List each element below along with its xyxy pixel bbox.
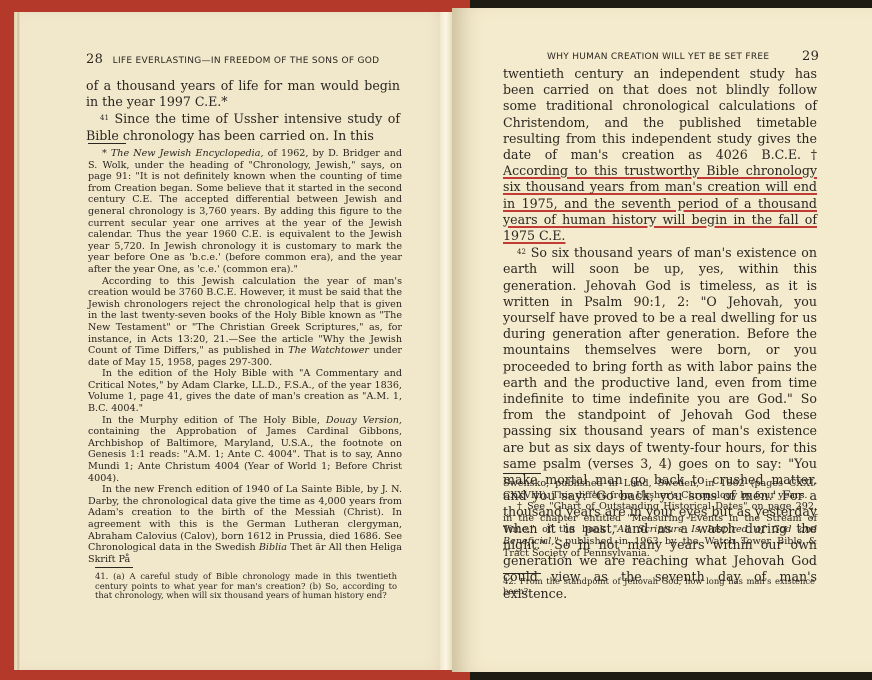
footnote-italic: Biblia	[259, 542, 287, 553]
right-page-number: 29	[802, 49, 819, 64]
right-running-head: WHY HUMAN CREATION WILL YET BE SET FREE …	[547, 52, 817, 62]
paragraph-number: 42	[517, 248, 526, 256]
right-running-head-title: WHY HUMAN CREATION WILL YET BE SET FREE	[547, 52, 769, 62]
footnote-divider	[88, 143, 126, 144]
left-body-text: of a thousand years of life for man woul…	[86, 78, 400, 144]
footnote-paragraph: In the Murphy edition of The Holy Bible,…	[88, 415, 402, 485]
paragraph-number: 41	[100, 114, 109, 122]
footnote-paragraph: According to this Jewish calculation the…	[88, 276, 402, 369]
footnote-marker: *	[102, 148, 107, 159]
right-footnotes: Swensko, published in Lund, Sweden, in 1…	[503, 478, 817, 559]
footnote-paragraph: In the new French edition of 1940 of La …	[88, 484, 402, 565]
footnote-paragraph: In the edition of the Holy Bible with "A…	[88, 368, 402, 414]
right-body-paragraph: twentieth century an independent study h…	[503, 66, 817, 244]
red-underlined-passage: According to this trustworthy Bible chro…	[503, 163, 817, 243]
footnote-dagger: † See "Chart of Outstanding Historical D…	[503, 501, 817, 559]
footnote-italic: Douay Version,	[326, 415, 402, 426]
footnote-divider	[503, 473, 541, 474]
footnote-continued: Swensko, published in Lund, Sweden, in 1…	[503, 478, 817, 501]
left-body-line: of a thousand years of life for man woul…	[86, 78, 400, 110]
study-question-42: 42. From the standpoint of Jehovah God, …	[503, 577, 815, 596]
footnote-text: containing the Approbation of James Card…	[88, 426, 402, 483]
right-body-text-span: twentieth century an independent study h…	[503, 66, 817, 162]
footnote-text: In the Murphy edition of The Holy Bible,	[102, 415, 320, 426]
question-divider	[503, 573, 541, 574]
footnote-source-title: The New Jewish Encyclopedia,	[111, 148, 264, 159]
footnote-star: * The New Jewish Encyclopedia, of 1962, …	[88, 148, 402, 276]
footnote-italic: The Watchtower	[288, 345, 369, 356]
left-page-number: 28	[86, 52, 103, 67]
left-footnotes: * The New Jewish Encyclopedia, of 1962, …	[88, 148, 402, 565]
left-running-head-title: LIFE EVERLASTING—IN FREEDOM OF THE SONS …	[113, 56, 380, 66]
study-question-41: 41. (a) A careful study of Bible chronol…	[95, 572, 397, 601]
paragraph-41: 41 Since the time of Ussher intensive st…	[86, 110, 400, 143]
footnote-text: According to this Jewish calculation the…	[88, 276, 402, 357]
footnote-text: of 1962, by D. Bridger and S. Wolk, unde…	[88, 148, 402, 275]
book-gutter	[440, 12, 452, 670]
paragraph-41-text: Since the time of Ussher intensive study…	[86, 111, 400, 142]
question-divider	[95, 567, 133, 568]
left-running-head: 28 LIFE EVERLASTING—IN FREEDOM OF THE SO…	[86, 52, 379, 67]
